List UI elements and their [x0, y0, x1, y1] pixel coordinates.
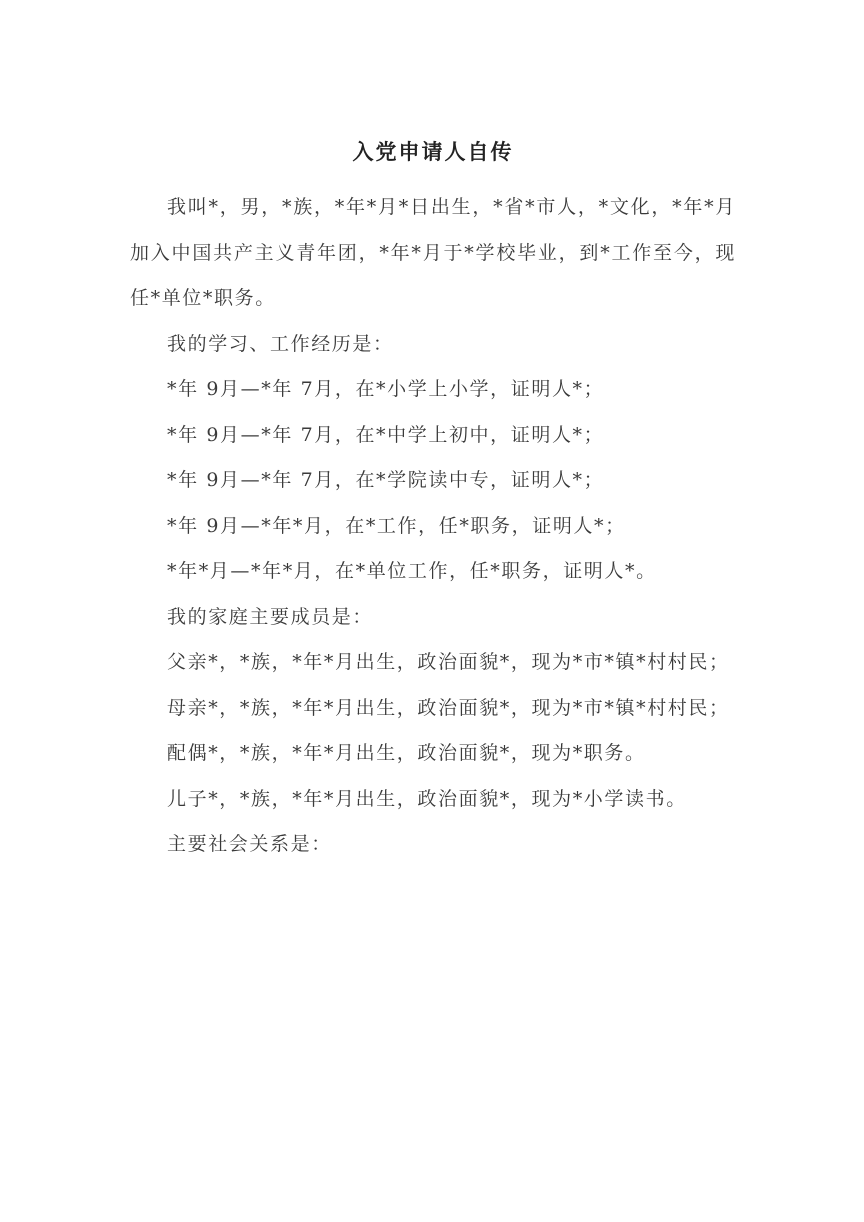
paragraph-history-work-1: *年 9月—*年*月，在*工作，任*职务，证明人*；: [130, 504, 736, 550]
document-body: 我叫*，男，*族，*年*月*日出生，*省*市人，*文化，*年*月加入中国共产主义…: [130, 185, 736, 868]
paragraph-history-college: *年 9月—*年 7月，在*学院读中专，证明人*；: [130, 458, 736, 504]
paragraph-family-spouse: 配偶*，*族，*年*月出生，政治面貌*，现为*职务。: [130, 731, 736, 777]
paragraph-family-son: 儿子*，*族，*年*月出生，政治面貌*，现为*小学读书。: [130, 777, 736, 823]
paragraph-history-middle: *年 9月—*年 7月，在*中学上初中，证明人*；: [130, 413, 736, 459]
paragraph-history-primary: *年 9月—*年 7月，在*小学上小学，证明人*；: [130, 367, 736, 413]
paragraph-self-intro: 我叫*，男，*族，*年*月*日出生，*省*市人，*文化，*年*月加入中国共产主义…: [130, 185, 736, 322]
paragraph-history-heading: 我的学习、工作经历是：: [130, 322, 736, 368]
paragraph-history-work-2: *年*月—*年*月，在*单位工作，任*职务，证明人*。: [130, 549, 736, 595]
paragraph-family-father: 父亲*，*族，*年*月出生，政治面貌*，现为*市*镇*村村民；: [130, 640, 736, 686]
document-title: 入党申请人自传: [130, 136, 736, 168]
paragraph-family-heading: 我的家庭主要成员是：: [130, 595, 736, 641]
paragraph-family-mother: 母亲*，*族，*年*月出生，政治面貌*，现为*市*镇*村村民；: [130, 686, 736, 732]
paragraph-social-heading: 主要社会关系是：: [130, 822, 736, 868]
